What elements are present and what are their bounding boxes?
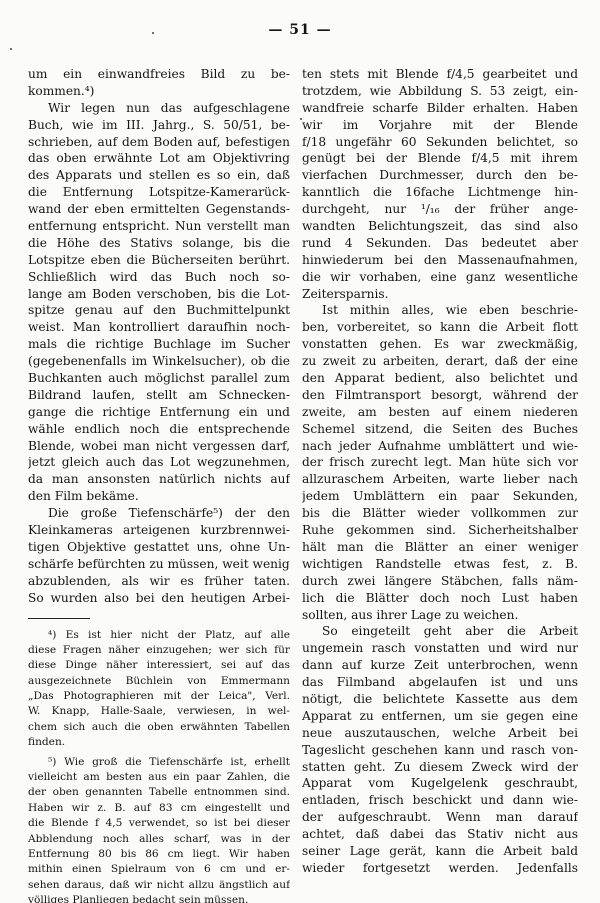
text-line: Schemel sitzend, die Seiten des Buches [302, 421, 578, 438]
text-line: weist. Man kontrolliert daraufhin noch- [28, 319, 290, 336]
text-line: wand der eben ermittelten Gegenstands- [28, 201, 290, 218]
text-line: bis die Blätter wieder vollkommen zur [302, 505, 578, 522]
footnote-line: chem sich auch die oben erwähnten Tabell… [28, 720, 290, 735]
text-line: Bildrand laufen, stellt am Schnecken- [28, 387, 290, 404]
text-line: mals die richtige Buchlage im Sucher [28, 336, 290, 353]
text-line: achtet, daß dabei das Stativ nicht aus [302, 826, 578, 843]
text-line: gange die richtige Entfernung ein und [28, 404, 290, 421]
footnote-line: diese Fragen näher einzugehen; wer sich … [28, 643, 290, 658]
footnote-line: Abblendung noch alles scharf, was in der [28, 832, 290, 847]
text-line: neue auszutauschen, welche Arbeit bei [302, 725, 578, 742]
text-line: Buch, wie im III. Jahrg., S. 50/51, be- [28, 117, 290, 134]
text-line: vierfachen Durchmesser, durch den be- [302, 167, 578, 184]
text-line: hält man die Blätter an einer weniger [302, 539, 578, 556]
text-line: dann auf kurze Zeit unterbrochen, wenn [302, 657, 578, 674]
text-line: ungemein rasch vonstatten und wird nur [302, 640, 578, 657]
text-line: zu zweit zu arbeiten, derart, daß der ei… [302, 353, 578, 370]
text-line: ben, vorbereitet, so kann die Arbeit flo… [302, 319, 578, 336]
text-line: lich die Blätter doch noch Lust haben [302, 590, 578, 607]
footnote-line: ⁵) Wie groß die Tiefenschärfe ist, erhel… [28, 755, 290, 770]
print-speck [152, 32, 154, 34]
page-number: — 51 — [0, 22, 600, 38]
text-line: Apparat vom Kugelgelenk geschraubt, [302, 775, 578, 792]
text-line: So wurden also bei den heutigen Arbei- [28, 590, 290, 607]
footnote-line: der oben genannten Tabelle entnommen sin… [28, 785, 290, 800]
text-line: kommen.⁴) [28, 83, 290, 100]
text-line: sollten, aus ihrer Lage zu weichen. [302, 607, 578, 624]
text-line: ten stets mit Blende f/4,5 gearbeitet un… [302, 66, 578, 83]
footnote-line: ausgezeichnete Büchlein von Emmermann [28, 674, 290, 689]
text-line: (gegebenenfalls im Winkelsucher), ob die [28, 353, 290, 370]
text-line: das oben erwähnte Lot am Objektivring [28, 150, 290, 167]
text-line: genügt bei der Blende f/4,5 mit ihrem [302, 150, 578, 167]
right-column: ten stets mit Blende f/4,5 gearbeitet un… [302, 66, 578, 877]
text-line: Schließlich wird das Buch noch so- [28, 269, 290, 286]
text-line: um ein einwandfreies Bild zu be- [28, 66, 290, 83]
text-line: durch zwei längere Stäbchen, falls näm- [302, 573, 578, 590]
text-line: spitze genau auf den Buchmittelpunkt [28, 302, 290, 319]
text-line: schärfe befürchten zu müssen, weit wenig… [28, 556, 290, 573]
text-line: jedem Umblättern ein paar Sekunden, [302, 488, 578, 505]
text-line: Blende, wobei man nicht vergessen darf, [28, 438, 290, 455]
footnote-line: ⁴) Es ist hier nicht der Platz, auf alle [28, 628, 290, 643]
text-line: vonstatten gehen. Es war zweckmäßig, [302, 336, 578, 353]
footnote-4: ⁴) Es ist hier nicht der Platz, auf alle… [28, 628, 290, 751]
text-line: abzublenden, als wir es früher taten. [28, 573, 290, 590]
text-line: des Apparats und stellen es so ein, daß [28, 167, 290, 184]
text-line: den Filmtransport besorgt, während der [302, 387, 578, 404]
text-line: durchgeht, nur ¹/₁₆ der früher ange- [302, 201, 578, 218]
footnote-line: mithin einen Spielraum von 6 cm und er- [28, 862, 290, 877]
text-line: rund 4 Sekunden. Das bedeutet aber [302, 235, 578, 252]
text-line: Kleinkameras arteigenen kurzbrennwei- [28, 522, 290, 539]
text-line: Buchkanten auch möglichst parallel zum [28, 370, 290, 387]
footnote-line: Entfernung 80 bis 86 cm liegt. Wir haben [28, 847, 290, 862]
text-line: f/18 ungefähr 60 Sekunden belichtet, so [302, 134, 578, 151]
text-line: wichtigen Randstelle etwas fest, z. B. [302, 556, 578, 573]
text-line: Ruhe gekommen sind. Sicherheitshalber [302, 522, 578, 539]
footnote-line: „Das Photographieren mit der Leica", Ver… [28, 689, 290, 704]
footnote-line: finden. [28, 735, 290, 750]
text-line: schrieben, auf dem Boden auf, befestigen [28, 134, 290, 151]
footnote-line: völliges Planliegen bedacht sein müssen. [28, 893, 290, 903]
footnote-line: sehen daraus, daß wir nicht allzu ängstl… [28, 878, 290, 893]
text-line: seiner Lage gerät, kann die Arbeit bald [302, 843, 578, 860]
text-line: hinwiederum bei den Massenaufnahmen, [302, 252, 578, 269]
footnote-line: Haben wir z. B. auf 83 cm eingestellt un… [28, 801, 290, 816]
paragraph-start-line: Ist mithin alles, wie eben beschrie- [302, 302, 578, 319]
text-line: Tageslicht geschehen kann und rasch von- [302, 742, 578, 759]
text-line: Lotspitze eben die Bücherseiten berührt. [28, 252, 290, 269]
text-line: die Entfernung Lotspitze-Kamerarück- [28, 184, 290, 201]
text-line: da man ansonsten natürlich nichts auf [28, 471, 290, 488]
footnote-5: ⁵) Wie groß die Tiefenschärfe ist, erhel… [28, 755, 290, 903]
text-line: lange am Boden verschoben, bis die Lot- [28, 286, 290, 303]
text-line: wandten Belichtungszeit, das sind also [302, 218, 578, 235]
text-line: tigen Objektive gestattet uns, ohne Un- [28, 539, 290, 556]
footnote-line: W. Knapp, Halle-Saale, verwiesen, in wel… [28, 704, 290, 719]
text-line: die Höhe des Stativs solange, bis die [28, 235, 290, 252]
text-line: den Apparat bedient, also belichtet und [302, 370, 578, 387]
text-line: entfernung entspricht. Nun verstellt man [28, 218, 290, 235]
left-column: um ein einwandfreies Bild zu be- kommen.… [28, 66, 290, 903]
text-line: die wir vorhaben, eine ganz wesentliche [302, 269, 578, 286]
text-line: trotzdem, wie Abbildung S. 53 zeigt, ein… [302, 83, 578, 100]
text-line: kanntlich die 16fache Lichtmenge hin- [302, 184, 578, 201]
text-line: wieder fortgesetzt werden. Jedenfalls [302, 860, 578, 877]
text-line: statten geht. Zu diesem Zweck wird der [302, 759, 578, 776]
text-line: zweite, am besten auf einem niederen [302, 404, 578, 421]
footnote-line: diese Dinge näher interessiert, sei auf … [28, 658, 290, 673]
print-speck [10, 48, 12, 50]
footnote-line: die Blende f 4,5 verwendet, so ist bei d… [28, 816, 290, 831]
text-line: jetzt gleich auch das Lot wegzunehmen, [28, 454, 290, 471]
text-line: Zeitersparnis. [302, 286, 578, 303]
text-line: wähle endlich noch die entsprechende [28, 421, 290, 438]
footnote-divider [28, 618, 90, 619]
paragraph-start-line: So eingeteilt geht aber die Arbeit [302, 623, 578, 640]
text-line: wandfreie scharfe Bilder erhalten. Haben [302, 100, 578, 117]
text-line: entladen, frisch beschickt und dann wie- [302, 792, 578, 809]
text-line: nötigt, die belichtete Kassette aus dem [302, 691, 578, 708]
paragraph-start-line: Die große Tiefenschärfe⁵) der den [28, 505, 290, 522]
text-line: das Filmband abgelaufen ist und uns [302, 674, 578, 691]
text-line: Apparat zu entfernen, um sie gegen eine [302, 708, 578, 725]
text-line: der aufgeschraubt. Wenn man darauf [302, 809, 578, 826]
text-line: der frisch zurecht legt. Man hüte sich v… [302, 454, 578, 471]
paragraph-start-line: Wir legen nun das aufgeschlagene [28, 100, 290, 117]
text-line: den Film bekäme. [28, 488, 290, 505]
text-line: nach jeder Aufnahme umblättert und wie- [302, 438, 578, 455]
footnote-line: vielleicht am besten aus ein paar Zahlen… [28, 770, 290, 785]
text-line: allzuraschem Arbeiten, warte lieber nach [302, 471, 578, 488]
text-line: wir im Vorjahre mit der Blende [302, 117, 578, 134]
